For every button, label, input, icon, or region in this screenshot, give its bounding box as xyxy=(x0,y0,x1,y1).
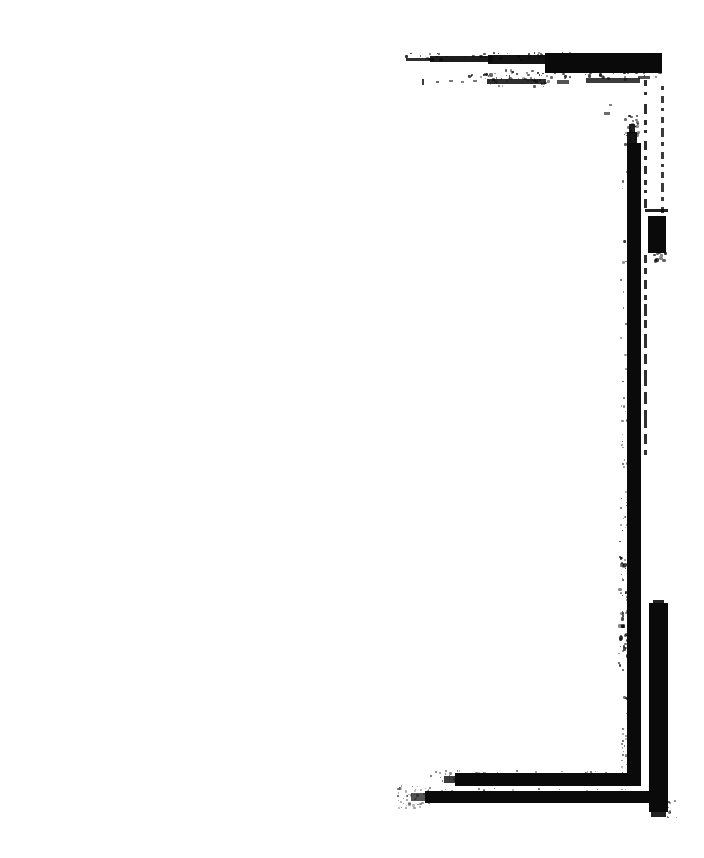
left-frame-edge-heavy-speck xyxy=(620,646,622,648)
top-edge-texture-upper-speck xyxy=(493,52,495,54)
left-frame-edge-texture-speck xyxy=(625,368,627,370)
top-edge-texture-lower-speck xyxy=(537,72,538,73)
right-frame-bar-cap xyxy=(653,600,664,604)
outer-bottom-dust-cloud-speck xyxy=(408,803,411,806)
inner-bottom-bar-texture-speck xyxy=(445,773,446,774)
top-edge-texture-lower-speck xyxy=(643,72,645,74)
top-edge-texture-lower-speck xyxy=(527,74,529,76)
top-edge-texture-upper-speck xyxy=(480,55,483,58)
outer-dashed-guide-line-dash xyxy=(661,142,664,146)
left-frame-edge-texture-speck xyxy=(623,518,624,519)
inner-bottom-edge-texture-speck xyxy=(590,771,592,773)
frame-bar-top-speckles-speck xyxy=(624,118,627,121)
outer-bottom-edge-texture-speck xyxy=(621,789,622,790)
inner-dashed-guide-line-dash xyxy=(644,370,647,386)
inner-dashed-guide-line-dash xyxy=(644,354,647,364)
left-frame-edge-heavy-speck xyxy=(623,647,626,650)
right-frame-foot-specks-speck xyxy=(668,807,669,808)
inner-dashed-guide-line-dash xyxy=(644,295,647,300)
outer-bottom-dust-cloud-speck xyxy=(420,789,422,791)
stray-mark-a xyxy=(604,112,610,115)
top-edge-texture-lower-speck xyxy=(485,73,488,76)
top-edge-texture-upper-speck xyxy=(640,58,642,60)
left-frame-edge-heavy-speck xyxy=(627,670,629,672)
left-frame-edge-texture-speck xyxy=(622,447,624,449)
inner-bottom-bar-texture-speck xyxy=(439,772,441,774)
top-edge-bar-thick xyxy=(545,53,662,73)
left-frame-edge-heavy-speck xyxy=(622,595,624,597)
outer-bottom-dust-cloud-speck xyxy=(428,789,429,790)
top-edge-texture-lower-speck xyxy=(516,73,518,75)
outer-bottom-dust-cloud-speck xyxy=(419,806,421,808)
smudge-band-texture-speck xyxy=(502,85,503,86)
left-frame-edge-lower-speck xyxy=(623,751,624,752)
inner-bottom-edge-texture-speck xyxy=(605,772,607,774)
top-edge-texture-upper-speck xyxy=(438,53,440,55)
inner-dashed-guide-line-dash xyxy=(644,180,647,185)
inner-bottom-bar-texture-speck xyxy=(430,775,431,776)
left-frame-edge-heavy-speck xyxy=(622,564,626,568)
top-edge-texture-lower-speck xyxy=(554,73,555,74)
film-notch-blob xyxy=(648,216,666,253)
left-frame-edge-lower-speck xyxy=(623,696,626,699)
inner-bottom-edge-texture-speck xyxy=(494,773,495,774)
inner-bottom-bar-texture-speck xyxy=(445,770,447,772)
left-frame-edge-texture-speck xyxy=(621,444,623,446)
smudge-tail-flick xyxy=(638,76,650,79)
left-frame-edge-texture-speck xyxy=(621,405,623,407)
inner-dashed-guide-line-dash xyxy=(644,190,647,193)
top-edge-texture-upper-speck xyxy=(483,53,485,55)
inner-bottom-bar-texture-speck xyxy=(456,773,457,774)
top-edge-texture-lower-speck xyxy=(623,72,626,75)
outer-bottom-dust-cloud-speck xyxy=(405,807,407,809)
left-frame-edge-heavy-speck xyxy=(619,541,620,542)
left-frame-edge-texture-speck xyxy=(624,354,626,356)
outer-bottom-edge-texture-speck xyxy=(512,789,514,791)
top-edge-texture-lower-speck xyxy=(546,75,548,77)
left-frame-edge-texture-speck xyxy=(625,491,627,493)
smudge-band-texture-speck xyxy=(543,86,545,88)
right-frame-bar xyxy=(649,603,668,812)
frame-bar-top-speckles-speck xyxy=(632,120,633,121)
left-frame-edge-lower-speck xyxy=(622,754,623,755)
outer-bottom-edge-texture-speck xyxy=(478,788,480,790)
outer-dashed-guide-line-dash xyxy=(661,183,664,192)
smudge-band-texture-speck xyxy=(541,84,542,85)
top-edge-texture-lower-speck xyxy=(506,75,507,76)
left-frame-edge-texture-speck xyxy=(623,405,625,407)
top-edge-texture-upper-speck xyxy=(472,55,474,57)
top-edge-texture-upper-speck xyxy=(499,57,501,59)
outer-bottom-dust-cloud-speck xyxy=(401,807,402,808)
left-frame-edge-heavy-speck xyxy=(622,612,625,615)
outer-bottom-edge-texture-speck xyxy=(538,788,540,790)
inner-dashed-guide-line-dash xyxy=(644,130,647,133)
left-frame-edge-texture-speck xyxy=(622,261,625,264)
top-edge-texture-upper-speck xyxy=(464,56,465,57)
top-edge-texture-lower-speck xyxy=(512,71,514,73)
inner-bottom-edge-texture-speck xyxy=(497,772,498,773)
top-edge-texture-lower-speck xyxy=(494,73,496,75)
top-edge-texture-upper-speck xyxy=(498,53,499,54)
smudge-band-texture-speck xyxy=(533,85,536,88)
film-notch-blob-texture-speck xyxy=(662,259,666,263)
outer-bottom-dust-cloud-speck xyxy=(425,788,427,790)
top-edge-texture-upper-speck xyxy=(410,53,412,55)
left-frame-edge-lower-speck xyxy=(622,740,623,741)
top-edge-texture-lower-speck xyxy=(510,69,512,71)
top-edge-texture-lower-speck xyxy=(531,70,533,72)
inner-bottom-edge-texture-speck xyxy=(611,774,612,775)
right-frame-bar-foot xyxy=(651,812,666,817)
outer-bottom-dust-cloud-speck xyxy=(412,786,413,787)
top-edge-texture-upper-speck xyxy=(639,53,640,54)
left-frame-edge-texture-speck xyxy=(623,291,624,292)
smudge-band-texture-speck xyxy=(498,85,500,87)
top-edge-texture-lower-speck xyxy=(505,69,507,71)
top-edge-texture-upper-speck xyxy=(550,57,552,59)
top-edge-texture-upper-speck xyxy=(616,53,618,55)
left-frame-edge-texture-speck xyxy=(622,463,624,465)
inner-bottom-edge-texture-speck xyxy=(459,770,460,771)
top-edge-texture-upper-speck xyxy=(610,53,611,54)
left-frame-edge-texture-speck xyxy=(620,524,622,526)
top-edge-texture-lower-speck xyxy=(468,75,471,78)
left-frame-bar xyxy=(627,143,641,786)
inner-bottom-edge-texture-speck xyxy=(484,772,485,773)
top-edge-texture-upper-speck xyxy=(541,54,543,56)
inner-dashed-guide-line-dash xyxy=(644,334,647,348)
top-edge-texture-upper-speck xyxy=(420,55,422,57)
smudge-band-texture-speck xyxy=(522,77,525,80)
inner-bottom-bar-texture-speck xyxy=(456,781,459,784)
left-frame-edge-heavy-speck xyxy=(624,643,627,646)
left-frame-edge-heavy-speck xyxy=(622,669,624,671)
left-frame-edge-heavy-speck xyxy=(624,559,626,561)
inner-bottom-edge-texture-speck xyxy=(516,770,518,772)
outer-bottom-dust-cloud-speck xyxy=(398,792,400,794)
top-edge-texture-lower-speck xyxy=(542,73,543,74)
top-edge-texture-upper-speck xyxy=(405,55,408,58)
left-frame-edge-texture-speck xyxy=(622,188,623,189)
left-frame-edge-heavy-speck xyxy=(618,588,622,592)
smudge-mark-small xyxy=(422,79,424,85)
left-frame-edge-heavy-speck xyxy=(620,592,622,594)
inner-dashed-guide-line-dash xyxy=(644,255,647,263)
outer-bottom-dust-cloud-speck xyxy=(414,790,416,792)
outer-bottom-dust-cloud-speck xyxy=(426,797,428,799)
right-frame-foot-specks-speck xyxy=(669,802,671,804)
top-edge-texture-lower-speck xyxy=(509,75,511,77)
outer-dashed-guide-line-dash xyxy=(661,86,664,90)
outer-bottom-edge-texture-speck xyxy=(494,788,495,789)
outer-dashed-guide-line-dash xyxy=(661,128,664,137)
left-frame-edge-lower-speck xyxy=(622,728,624,730)
outer-bottom-edge-texture-speck xyxy=(451,790,453,792)
inner-dashed-guide-line-dash xyxy=(644,450,647,455)
inner-dashed-guide-line-dash xyxy=(644,392,647,404)
left-frame-edge-heavy-speck xyxy=(626,599,628,601)
right-frame-foot-specks-speck xyxy=(668,817,669,818)
smudge-band-texture-speck xyxy=(494,80,497,83)
smudge-band-texture-speck xyxy=(530,77,532,79)
top-edge-texture-upper-speck xyxy=(517,55,519,57)
left-frame-edge-heavy-speck xyxy=(618,653,619,654)
film-notch-blob-texture-speck xyxy=(660,250,662,252)
smudge-dot-2 xyxy=(449,80,453,82)
outer-bottom-edge-texture-speck xyxy=(454,791,455,792)
left-frame-edge-lower-speck xyxy=(626,713,627,714)
top-edge-texture-upper-speck xyxy=(541,56,543,58)
outer-dashed-guide-line-dash xyxy=(661,197,664,201)
frame-bar-top-speckles-speck xyxy=(635,125,639,129)
stray-mark-b xyxy=(609,104,612,106)
left-frame-edge-texture-speck xyxy=(623,466,625,468)
top-edge-texture-lower-speck xyxy=(489,73,492,76)
left-frame-edge-lower-speck xyxy=(626,697,628,699)
inner-dashed-guide-line-dash xyxy=(644,304,647,316)
left-frame-edge-texture-speck xyxy=(625,527,626,528)
inner-bottom-bar-texture-speck xyxy=(464,781,466,783)
left-frame-edge-heavy-speck xyxy=(626,596,627,597)
left-frame-edge-texture-speck xyxy=(626,462,629,465)
outer-dashed-guide-line-dash xyxy=(661,117,664,123)
left-frame-edge-heavy-speck xyxy=(621,617,624,620)
top-edge-texture-lower-speck xyxy=(471,74,473,76)
outer-bottom-dust-cloud-speck xyxy=(417,786,418,787)
outer-bottom-dust-cloud-speck xyxy=(403,798,404,799)
film-notch-line xyxy=(645,209,668,212)
left-frame-edge-lower-speck xyxy=(621,760,622,761)
frame-bar-top-speckles-speck xyxy=(624,134,625,135)
top-edge-texture-lower-speck xyxy=(539,74,540,75)
smudge-band-texture-speck xyxy=(544,82,546,84)
outer-dashed-guide-line-dash xyxy=(661,108,664,111)
smudge-band-texture-speck xyxy=(501,78,502,79)
top-edge-texture-lower-speck xyxy=(541,75,542,76)
smudge-band-texture-speck xyxy=(533,80,535,82)
outer-dashed-guide-line-dash xyxy=(661,152,664,159)
outer-bottom-edge-texture-speck xyxy=(597,789,598,790)
outer-bottom-dust-cloud-speck xyxy=(412,804,415,807)
top-edge-texture-lower-speck xyxy=(655,76,658,79)
inner-bottom-bar-texture-speck xyxy=(435,771,437,773)
left-frame-edge-texture-speck xyxy=(620,337,622,339)
left-frame-edge-heavy-speck xyxy=(619,664,622,667)
left-frame-edge-texture-speck xyxy=(622,434,624,436)
smudge-band-texture-speck xyxy=(527,80,529,82)
top-edge-texture-upper-speck xyxy=(573,57,575,59)
top-edge-texture-upper-speck xyxy=(576,53,578,55)
film-notch-blob-texture-speck xyxy=(664,252,667,255)
inner-dashed-guide-line-dash xyxy=(644,141,647,150)
smudge-band-right xyxy=(586,78,640,83)
left-frame-edge-texture-speck xyxy=(621,498,622,499)
inner-bottom-bar-texture-speck xyxy=(489,781,492,784)
film-notch-blob-texture-speck xyxy=(655,259,657,261)
inner-bottom-bar-texture-speck xyxy=(489,776,491,778)
left-frame-edge-texture-speck xyxy=(622,180,625,183)
top-edge-texture-upper-speck xyxy=(614,58,616,60)
top-edge-texture-lower-speck xyxy=(480,76,482,78)
left-frame-edge-lower-speck xyxy=(621,766,623,768)
inner-dashed-guide-line-dash xyxy=(644,199,647,208)
top-edge-texture-upper-speck xyxy=(580,56,582,58)
left-frame-edge-texture-speck xyxy=(624,240,627,243)
outer-bottom-dust-cloud-speck xyxy=(432,794,433,795)
inner-dashed-guide-line-dash xyxy=(644,268,647,274)
top-edge-texture-upper-speck xyxy=(439,58,442,61)
inner-dashed-guide-line-dash xyxy=(644,120,647,125)
inner-bottom-bar-texture-speck xyxy=(484,783,487,786)
inner-bottom-edge-texture-speck xyxy=(457,770,458,771)
top-edge-texture-upper-speck xyxy=(528,53,530,55)
left-frame-edge-texture-speck xyxy=(626,502,627,503)
left-frame-edge-texture-speck xyxy=(625,411,626,412)
outer-bottom-dust-cloud-speck xyxy=(428,802,430,804)
left-frame-edge-heavy-speck xyxy=(622,579,624,581)
inner-bottom-edge-texture-speck xyxy=(478,772,480,774)
top-edge-texture-lower-speck xyxy=(658,70,662,74)
left-frame-edge-texture-speck xyxy=(626,524,628,526)
scanned-document-page xyxy=(0,0,704,858)
left-frame-edge-lower-speck xyxy=(621,743,623,745)
top-edge-texture-upper-speck xyxy=(429,53,431,55)
left-frame-edge-lower-speck xyxy=(625,738,627,740)
inner-bottom-edge-texture-speck xyxy=(535,771,536,772)
inner-dashed-guide-line-dash xyxy=(644,104,647,114)
inner-dashed-guide-line-dash xyxy=(644,156,647,160)
smudge-band-texture-speck xyxy=(490,84,491,85)
top-edge-texture-lower-speck xyxy=(550,76,553,79)
film-notch-blob-texture-speck xyxy=(653,254,656,257)
left-frame-edge-texture-speck xyxy=(624,516,626,518)
top-edge-texture-lower-speck xyxy=(564,78,566,80)
inner-dashed-guide-line-dash xyxy=(644,434,647,444)
top-edge-texture-lower-speck xyxy=(627,73,628,74)
outer-bottom-dust-cloud-speck xyxy=(398,807,400,809)
left-frame-edge-texture-speck xyxy=(620,279,622,281)
left-frame-edge-texture-speck xyxy=(620,507,622,509)
left-frame-edge-texture-speck xyxy=(621,420,623,422)
left-frame-edge-lower-speck xyxy=(622,747,624,749)
inner-dashed-guide-line-dash xyxy=(644,280,647,289)
top-edge-texture-upper-speck xyxy=(650,54,652,56)
left-frame-edge-heavy-speck xyxy=(620,640,621,641)
inner-dashed-guide-line-dash xyxy=(644,166,647,174)
outer-bottom-edge-texture-speck xyxy=(472,791,474,793)
right-frame-foot-specks-speck xyxy=(676,817,678,819)
top-edge-texture-upper-speck xyxy=(489,56,491,58)
outer-bottom-dust-cloud-speck xyxy=(415,798,417,800)
top-edge-texture-upper-speck xyxy=(428,58,430,60)
left-frame-edge-texture-speck xyxy=(627,253,629,255)
left-frame-edge-texture-speck xyxy=(623,397,625,399)
inner-dashed-guide-line-dash xyxy=(644,320,647,328)
inner-dashed-guide-line-dash xyxy=(644,410,647,428)
left-frame-edge-texture-speck xyxy=(622,441,623,442)
left-frame-edge-heavy-speck xyxy=(621,574,622,575)
left-frame-edge-heavy-speck xyxy=(622,625,625,628)
top-edge-texture-lower-speck xyxy=(585,74,586,75)
top-edge-texture-lower-speck xyxy=(635,72,638,75)
top-edge-texture-upper-speck xyxy=(564,59,566,61)
top-edge-texture-upper-speck xyxy=(537,54,539,56)
outer-bottom-dust-cloud-speck xyxy=(397,795,399,797)
outer-dashed-guide-line-dash xyxy=(661,172,664,178)
smudge-dot-4 xyxy=(473,80,477,82)
top-edge-texture-lower-speck xyxy=(569,76,571,78)
inner-bottom-bar xyxy=(455,773,641,786)
outer-bottom-dust-cloud-speck xyxy=(407,795,409,797)
smudge-mark-mid xyxy=(557,80,569,84)
frame-bar-top-speckles-speck xyxy=(636,115,638,117)
smudge-dot-1 xyxy=(436,81,439,83)
left-frame-edge-heavy-speck xyxy=(627,554,631,558)
outer-bottom-dust-cloud-speck xyxy=(410,794,412,796)
scan-artifacts-layer xyxy=(0,0,704,858)
inner-dashed-guide-line-dash xyxy=(644,80,647,86)
top-edge-texture-upper-speck xyxy=(583,53,585,55)
outer-bottom-dust-cloud-speck xyxy=(398,800,399,801)
outer-bottom-dust-cloud-speck xyxy=(429,787,431,789)
right-frame-foot-specks-speck xyxy=(674,800,676,802)
frame-bar-top-speckles-speck xyxy=(630,116,632,118)
left-frame-edge-lower-speck xyxy=(624,745,626,747)
top-edge-texture-lower-speck xyxy=(607,71,609,73)
outer-dashed-guide-line-dash xyxy=(661,96,664,103)
outer-bottom-dust-cloud-speck xyxy=(399,787,402,790)
left-frame-edge-texture-speck xyxy=(622,381,624,383)
outer-bottom-dust-cloud-speck xyxy=(403,803,404,804)
smudge-band-texture-speck xyxy=(547,80,550,83)
inner-bottom-bar-texture-speck xyxy=(440,777,441,778)
inner-bottom-edge-texture-speck xyxy=(595,771,596,772)
outer-dashed-guide-line-dash xyxy=(661,164,664,167)
left-frame-edge-texture-speck xyxy=(622,530,623,531)
top-edge-texture-upper-speck xyxy=(622,56,625,59)
outer-bottom-edge-texture-speck xyxy=(625,789,626,790)
inner-dashed-guide-line-dash xyxy=(644,92,647,95)
left-frame-edge-texture-speck xyxy=(623,307,624,308)
top-edge-texture-lower-speck xyxy=(484,73,485,74)
top-edge-texture-upper-speck xyxy=(534,52,536,54)
smudge-dot-3 xyxy=(461,81,464,83)
left-frame-edge-texture-speck xyxy=(624,459,626,461)
outer-bottom-dust-cloud-speck xyxy=(405,790,407,792)
left-frame-edge-heavy-speck xyxy=(621,562,623,564)
